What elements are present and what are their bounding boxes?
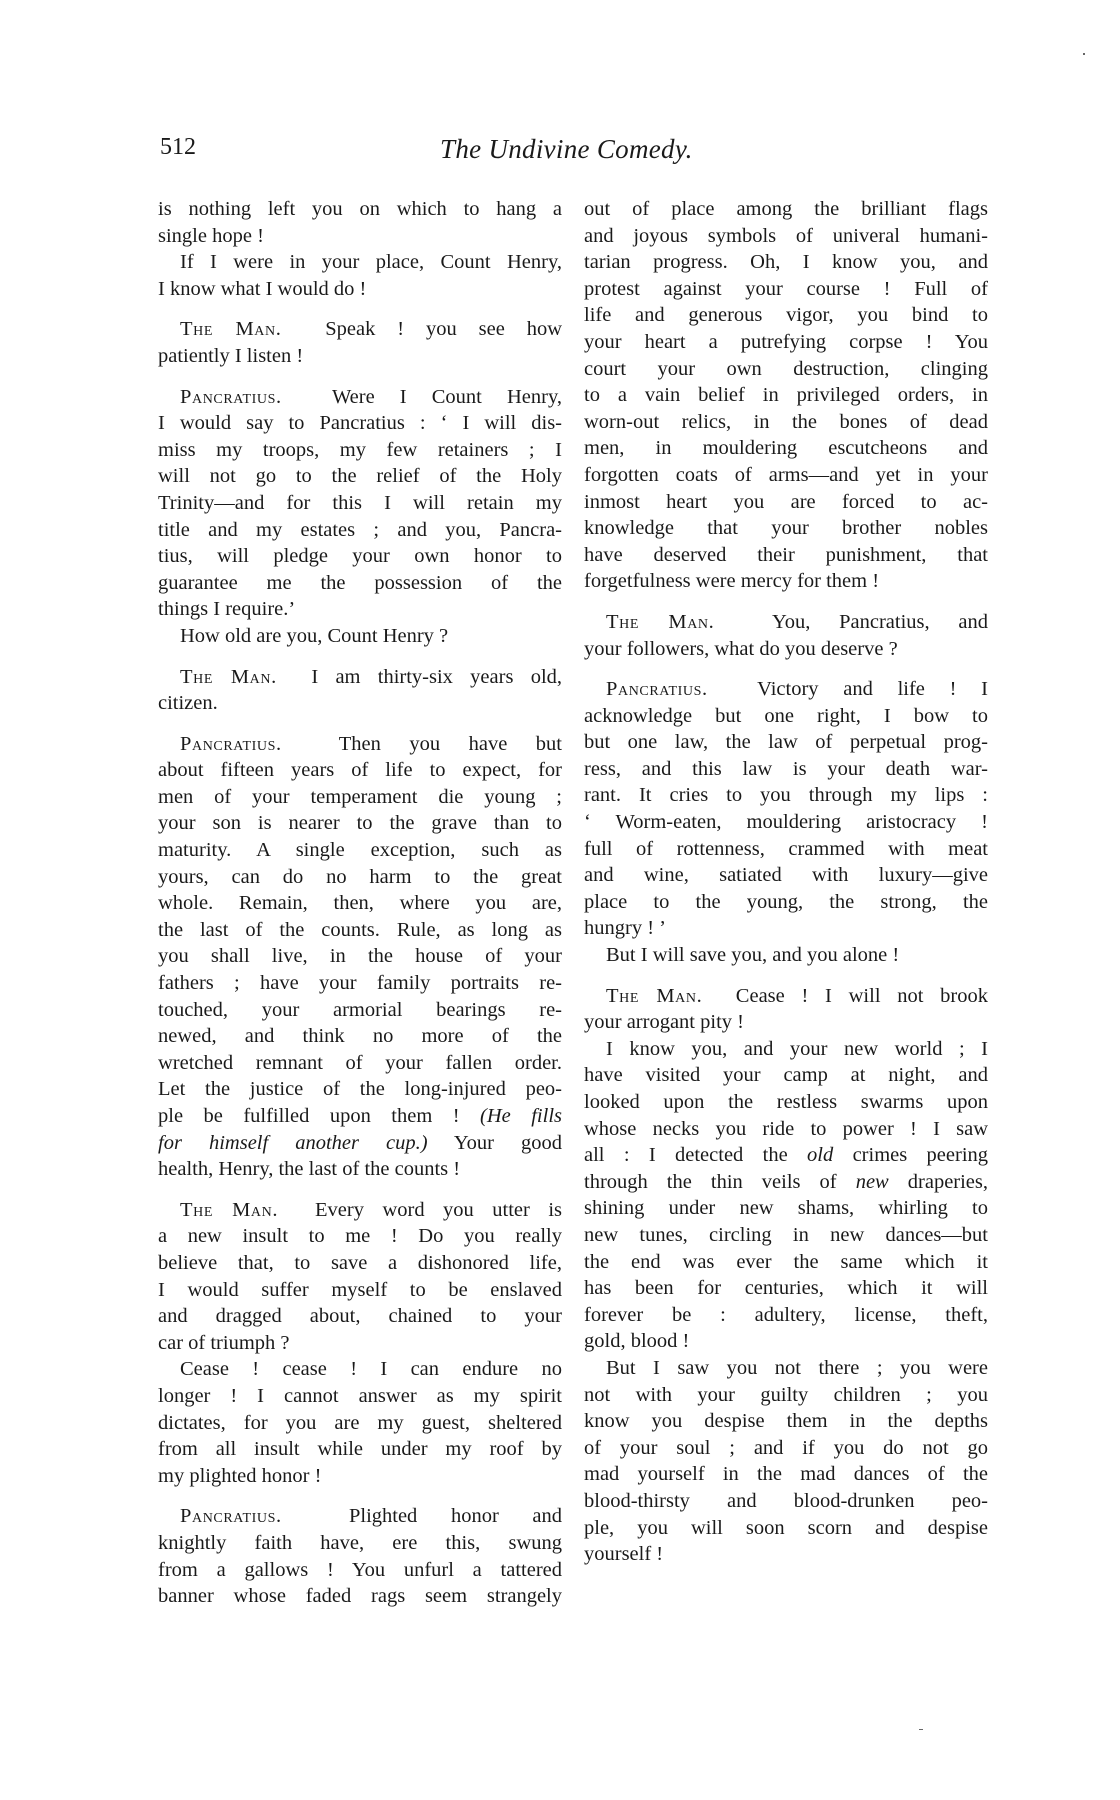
- paragraph: I know you, and your new world ; Ihave v…: [584, 1036, 988, 1355]
- line-text: fathers ; have your family portraits re-: [158, 972, 562, 994]
- line-text: full of rottenness, crammed with meat: [584, 838, 988, 860]
- text-line: wretched remnant of your fallen order.: [158, 1050, 562, 1077]
- text-line: knightly faith have, ere this, swung: [158, 1530, 562, 1557]
- text-line: ple, you will soon scorn and despise: [584, 1515, 988, 1542]
- text-line: Let the justice of the long-injured peo-: [158, 1076, 562, 1103]
- line-text: Cease ! cease ! I can endure no: [180, 1358, 562, 1380]
- text-line: through the thin veils of new draperies,: [584, 1169, 988, 1196]
- text-line: believe that, to save a dishonored life,: [158, 1250, 562, 1277]
- speaker-name: Pancratius.: [606, 678, 708, 700]
- text-line: of your soul ; and if you do not go: [584, 1435, 988, 1462]
- line-text: and dragged about, chained to your: [158, 1305, 562, 1327]
- paragraph: If I were in your place, Count Henry,I k…: [158, 249, 562, 302]
- text-line: whose necks you ride to power ! I saw: [584, 1116, 988, 1143]
- line-text: mad yourself in the mad dances of the: [584, 1463, 988, 1485]
- speaker-name: Pancratius.: [180, 733, 282, 755]
- text-line: your son is nearer to the grave than to: [158, 810, 562, 837]
- text-line: fathers ; have your family portraits re-: [158, 970, 562, 997]
- text-line: longer ! I cannot answer as my spirit: [158, 1383, 562, 1410]
- text-line: you shall live, in the house of your: [158, 943, 562, 970]
- line-text: looked upon the restless swarms upon: [584, 1091, 988, 1113]
- text-line: all : I detected the old crimes peering: [584, 1142, 988, 1169]
- paragraph: Pancratius. Were I Count Henry,I would s…: [158, 384, 562, 623]
- line-text: inmost heart you are forced to ac-: [584, 491, 988, 513]
- paragraph: How old are you, Count Henry ?: [158, 623, 562, 650]
- line-text: Plighted honor and: [349, 1505, 562, 1527]
- text-line: for himself another cup.) Your good: [158, 1130, 562, 1157]
- line-text: have visited your camp at night, and: [584, 1064, 988, 1086]
- text-line: touched, your armorial bearings re-: [158, 997, 562, 1024]
- line-text: longer ! I cannot answer as my spirit: [158, 1385, 562, 1407]
- text-line: title and my estates ; and you, Pancra-: [158, 517, 562, 544]
- text-line: a new insult to me ! Do you really: [158, 1223, 562, 1250]
- text-line: dictates, for you are my guest, sheltere…: [158, 1410, 562, 1437]
- line-text: I would say to Pancratius : ‘ I will dis…: [158, 412, 562, 434]
- text-line: looked upon the restless swarms upon: [584, 1089, 988, 1116]
- line-text: I know you, and your new world ; I: [606, 1038, 988, 1060]
- line-text: draperies,: [908, 1171, 988, 1193]
- line-text: place to the young, the strong, the: [584, 891, 988, 913]
- line-text: knightly faith have, ere this, swung: [158, 1532, 562, 1554]
- line-text: Let the justice of the long-injured peo-: [158, 1078, 562, 1100]
- line-text: patiently I listen !: [158, 345, 303, 367]
- line-text: newed, and think no more of the: [158, 1025, 562, 1047]
- line-text: is nothing left you on which to hang a: [158, 198, 562, 220]
- line-text: forever be : adultery, license, theft,: [584, 1304, 988, 1326]
- text-line: forever be : adultery, license, theft,: [584, 1302, 988, 1329]
- text-line: and joyous symbols of univeral humani-: [584, 223, 988, 250]
- line-text: Your good: [454, 1132, 562, 1154]
- line-text: wretched remnant of your fallen order.: [158, 1052, 562, 1074]
- text-line: have visited your camp at night, and: [584, 1062, 988, 1089]
- line-text: have deserved their punishment, that: [584, 544, 988, 566]
- text-line: banner whose faded rags seem strangely: [158, 1583, 562, 1610]
- text-line: and dragged about, chained to your: [158, 1303, 562, 1330]
- paragraph: The Man. I am thirty-six years old,citiz…: [158, 664, 562, 717]
- text-line: rant. It cries to you through my lips :: [584, 782, 988, 809]
- line-text: men, in mouldering escutcheons and: [584, 437, 988, 459]
- text-line: ress, and this law is your death war-: [584, 756, 988, 783]
- text-line: Pancratius. Plighted honor and: [158, 1503, 562, 1530]
- line-text: tius, will pledge your own honor to: [158, 545, 562, 567]
- text-line: is nothing left you on which to hang a: [158, 196, 562, 223]
- text-line: your followers, what do you deserve ?: [584, 636, 988, 663]
- line-text: I would suffer myself to be enslaved: [158, 1279, 562, 1301]
- left-column: is nothing left you on which to hang asi…: [158, 196, 562, 1610]
- text-line: But I will save you, and you alone !: [584, 942, 988, 969]
- line-text: Were I Count Henry,: [332, 386, 562, 408]
- line-text: rant. It cries to you through my lips :: [584, 784, 988, 806]
- paragraph: out of place among the brilliant flagsan…: [584, 196, 988, 595]
- line-text: acknowledge but one right, I bow to: [584, 705, 988, 727]
- line-text: your followers, what do you deserve ?: [584, 638, 898, 660]
- line-text: forgetfulness were mercy for them !: [584, 570, 879, 592]
- text-line: out of place among the brilliant flags: [584, 196, 988, 223]
- line-text: forgotten coats of arms—and yet in your: [584, 464, 988, 486]
- stage-direction: (He fills: [480, 1105, 562, 1127]
- line-text: ress, and this law is your death war-: [584, 758, 988, 780]
- line-text: know you despise them in the depths: [584, 1410, 988, 1432]
- text-line: health, Henry, the last of the counts !: [158, 1156, 562, 1183]
- line-text: Cease ! I will not brook: [736, 985, 988, 1007]
- line-text: Trinity—and for this I will retain my: [158, 492, 562, 514]
- text-line: The Man. Every word you utter is: [158, 1197, 562, 1224]
- text-line: life and generous vigor, you bind to: [584, 302, 988, 329]
- page-header: 512 The Undivine Comedy.: [160, 134, 988, 168]
- scan-speck: [919, 1729, 923, 1730]
- line-text: yourself !: [584, 1543, 663, 1565]
- line-text: I am thirty-six years old,: [311, 666, 562, 688]
- line-text: and joyous symbols of univeral humani-: [584, 225, 988, 247]
- text-line: from a gallows ! You unfurl a tattered: [158, 1557, 562, 1584]
- text-line: about fifteen years of life to expect, f…: [158, 757, 562, 784]
- text-line: Pancratius. Victory and life ! I: [584, 676, 988, 703]
- paragraph: Pancratius. Then you have butabout fifte…: [158, 731, 562, 1183]
- text-line: Pancratius. Then you have but: [158, 731, 562, 758]
- text-line: your arrogant pity !: [584, 1009, 988, 1036]
- paragraph: is nothing left you on which to hang asi…: [158, 196, 562, 249]
- text-line: forgotten coats of arms—and yet in your: [584, 462, 988, 489]
- line-text: my plighted honor !: [158, 1465, 321, 1487]
- line-text: But I will save you, and you alone !: [606, 944, 899, 966]
- text-line: and wine, satiated with luxury—give: [584, 862, 988, 889]
- speaker-name: The Man.: [606, 985, 702, 1007]
- text-line: I know you, and your new world ; I: [584, 1036, 988, 1063]
- line-text: ple, you will soon scorn and despise: [584, 1517, 988, 1539]
- line-text: How old are you, Count Henry ?: [180, 625, 448, 647]
- text-line: Cease ! cease ! I can endure no: [158, 1356, 562, 1383]
- text-line: yours, can do no harm to the great: [158, 864, 562, 891]
- line-text: Every word you utter is: [315, 1199, 562, 1221]
- scan-speck: [1083, 53, 1085, 55]
- text-line: Trinity—and for this I will retain my: [158, 490, 562, 517]
- speaker-name: Pancratius.: [180, 386, 282, 408]
- text-line: full of rottenness, crammed with meat: [584, 836, 988, 863]
- line-text: maturity. A single exception, such as: [158, 839, 562, 861]
- line-text: worn-out relics, in the bones of dead: [584, 411, 988, 433]
- text-line: I know what I would do !: [158, 276, 562, 303]
- line-text: car of triumph ?: [158, 1332, 290, 1354]
- line-text: miss my troops, my few retainers ; I: [158, 439, 562, 461]
- text-line: not with your guilty children ; you: [584, 1382, 988, 1409]
- line-text: life and generous vigor, you bind to: [584, 304, 988, 326]
- line-text: banner whose faded rags seem strangely: [158, 1585, 562, 1607]
- text-line: your heart a putrefying corpse ! You: [584, 329, 988, 356]
- paragraph: Cease ! cease ! I can endure nolonger ! …: [158, 1356, 562, 1489]
- speaker-name: The Man.: [180, 1199, 278, 1221]
- line-text: you shall live, in the house of your: [158, 945, 562, 967]
- text-line: knowledge that your brother nobles: [584, 515, 988, 542]
- line-text: all : I detected the: [584, 1144, 788, 1166]
- text-line: newed, and think no more of the: [158, 1023, 562, 1050]
- text-line: The Man. Speak ! you see how: [158, 316, 562, 343]
- text-line: Pancratius. Were I Count Henry,: [158, 384, 562, 411]
- line-text: But I saw you not there ; you were: [606, 1357, 988, 1379]
- text-line: citizen.: [158, 690, 562, 717]
- line-text: hungry ! ’: [584, 917, 666, 939]
- text-line: gold, blood !: [584, 1328, 988, 1355]
- emphasis: old: [807, 1144, 833, 1166]
- line-text: whose necks you ride to power ! I saw: [584, 1118, 988, 1140]
- line-text: but one law, the law of perpetual prog-: [584, 731, 988, 753]
- text-line: car of triumph ?: [158, 1330, 562, 1357]
- text-line: tarian progress. Oh, I know you, and: [584, 249, 988, 276]
- text-line: but one law, the law of perpetual prog-: [584, 729, 988, 756]
- text-line: men of your temperament die young ;: [158, 784, 562, 811]
- paragraph: Pancratius. Plighted honor andknightly f…: [158, 1503, 562, 1609]
- text-line: will not go to the relief of the Holy: [158, 463, 562, 490]
- text-line: I would say to Pancratius : ‘ I will dis…: [158, 410, 562, 437]
- text-line: my plighted honor !: [158, 1463, 562, 1490]
- text-line: court your own destruction, clinging: [584, 356, 988, 383]
- line-text: new tunes, circling in new dances—but: [584, 1224, 988, 1246]
- line-text: dictates, for you are my guest, sheltere…: [158, 1412, 562, 1434]
- text-line: ple be fulfilled upon them ! (He fills: [158, 1103, 562, 1130]
- text-line: How old are you, Count Henry ?: [158, 623, 562, 650]
- book-page: 512 The Undivine Comedy. is nothing left…: [0, 0, 1120, 1800]
- line-text: not with your guilty children ; you: [584, 1384, 988, 1406]
- line-text: Speak ! you see how: [325, 318, 562, 340]
- line-text: crimes peering: [853, 1144, 988, 1166]
- line-text: from a gallows ! You unfurl a tattered: [158, 1559, 562, 1581]
- line-text: through the thin veils of: [584, 1171, 837, 1193]
- text-line: things I require.’: [158, 596, 562, 623]
- text-line: ‘ Worm-eaten, mouldering aristocracy !: [584, 809, 988, 836]
- text-line: new tunes, circling in new dances—but: [584, 1222, 988, 1249]
- text-line: shining under new shams, whirling to: [584, 1195, 988, 1222]
- text-line: know you despise them in the depths: [584, 1408, 988, 1435]
- line-text: a new insult to me ! Do you really: [158, 1225, 562, 1247]
- text-line: The Man. Cease ! I will not brook: [584, 983, 988, 1010]
- line-text: will not go to the relief of the Holy: [158, 465, 562, 487]
- text-line: yourself !: [584, 1541, 988, 1568]
- text-line: has been for centuries, which it will: [584, 1275, 988, 1302]
- line-text: has been for centuries, which it will: [584, 1277, 988, 1299]
- line-text: and wine, satiated with luxury—give: [584, 864, 988, 886]
- text-line: maturity. A single exception, such as: [158, 837, 562, 864]
- text-line: patiently I listen !: [158, 343, 562, 370]
- speaker-name: The Man.: [606, 611, 714, 633]
- right-column: out of place among the brilliant flagsan…: [584, 196, 988, 1568]
- line-text: men of your temperament die young ;: [158, 786, 562, 808]
- speaker-name: Pancratius.: [180, 1505, 282, 1527]
- line-text: gold, blood !: [584, 1330, 689, 1352]
- line-text: health, Henry, the last of the counts !: [158, 1158, 460, 1180]
- text-line: single hope !: [158, 223, 562, 250]
- line-text: Victory and life ! I: [757, 678, 988, 700]
- line-text: guarantee me the possession of the: [158, 572, 562, 594]
- line-text: tarian progress. Oh, I know you, and: [584, 251, 988, 273]
- line-text: Then you have but: [339, 733, 562, 755]
- stage-direction: for himself another cup.): [158, 1132, 428, 1154]
- text-line: have deserved their punishment, that: [584, 542, 988, 569]
- line-text: knowledge that your brother nobles: [584, 517, 988, 539]
- paragraph: The Man. Speak ! you see howpatiently I …: [158, 316, 562, 369]
- page-number: 512: [160, 134, 196, 161]
- paragraph: The Man. Cease ! I will not brookyour ar…: [584, 983, 988, 1036]
- text-line: protest against your course ! Full of: [584, 276, 988, 303]
- line-text: your arrogant pity !: [584, 1011, 744, 1033]
- text-line: The Man. I am thirty-six years old,: [158, 664, 562, 691]
- line-text: things I require.’: [158, 598, 295, 620]
- text-line: the last of the counts. Rule, as long as: [158, 917, 562, 944]
- running-title: The Undivine Comedy.: [440, 134, 693, 165]
- line-text: your heart a putrefying corpse ! You: [584, 331, 988, 353]
- text-line: But I saw you not there ; you were: [584, 1355, 988, 1382]
- text-line: whole. Remain, then, where you are,: [158, 890, 562, 917]
- text-line: mad yourself in the mad dances of the: [584, 1461, 988, 1488]
- line-text: the last of the counts. Rule, as long as: [158, 919, 562, 941]
- line-text: If I were in your place, Count Henry,: [180, 251, 562, 273]
- line-text: single hope !: [158, 225, 264, 247]
- line-text: out of place among the brilliant flags: [584, 198, 988, 220]
- text-line: tius, will pledge your own honor to: [158, 543, 562, 570]
- paragraph: Pancratius. Victory and life ! Iacknowle…: [584, 676, 988, 942]
- text-line: from all insult while under my roof by: [158, 1436, 562, 1463]
- text-line: blood-thirsty and blood-drunken peo-: [584, 1488, 988, 1515]
- text-line: guarantee me the possession of the: [158, 570, 562, 597]
- text-line: I would suffer myself to be enslaved: [158, 1277, 562, 1304]
- line-text: from all insult while under my roof by: [158, 1438, 562, 1460]
- line-text: shining under new shams, whirling to: [584, 1197, 988, 1219]
- paragraph: But I will save you, and you alone !: [584, 942, 988, 969]
- line-text: citizen.: [158, 692, 218, 714]
- line-text: the end was ever the same which it: [584, 1251, 988, 1273]
- text-line: men, in mouldering escutcheons and: [584, 435, 988, 462]
- emphasis: new: [856, 1171, 889, 1193]
- paragraph: But I saw you not there ; you werenot wi…: [584, 1355, 988, 1568]
- line-text: of your soul ; and if you do not go: [584, 1437, 988, 1459]
- line-text: You, Pancratius, and: [772, 611, 988, 633]
- speaker-name: The Man.: [180, 666, 277, 688]
- line-text: ple be fulfilled upon them !: [158, 1105, 460, 1127]
- line-text: whole. Remain, then, where you are,: [158, 892, 562, 914]
- text-line: forgetfulness were mercy for them !: [584, 568, 988, 595]
- speaker-name: The Man.: [180, 318, 281, 340]
- text-line: The Man. You, Pancratius, and: [584, 609, 988, 636]
- text-line: If I were in your place, Count Henry,: [158, 249, 562, 276]
- line-text: I know what I would do !: [158, 278, 366, 300]
- text-line: hungry ! ’: [584, 915, 988, 942]
- line-text: title and my estates ; and you, Pancra-: [158, 519, 562, 541]
- text-line: inmost heart you are forced to ac-: [584, 489, 988, 516]
- text-line: acknowledge but one right, I bow to: [584, 703, 988, 730]
- line-text: touched, your armorial bearings re-: [158, 999, 562, 1021]
- line-text: blood-thirsty and blood-drunken peo-: [584, 1490, 988, 1512]
- text-line: worn-out relics, in the bones of dead: [584, 409, 988, 436]
- text-line: place to the young, the strong, the: [584, 889, 988, 916]
- line-text: ‘ Worm-eaten, mouldering aristocracy !: [584, 811, 988, 833]
- text-line: to a vain belief in privileged orders, i…: [584, 382, 988, 409]
- line-text: to a vain belief in privileged orders, i…: [584, 384, 988, 406]
- line-text: believe that, to save a dishonored life,: [158, 1252, 562, 1274]
- line-text: court your own destruction, clinging: [584, 358, 988, 380]
- line-text: yours, can do no harm to the great: [158, 866, 562, 888]
- text-line: the end was ever the same which it: [584, 1249, 988, 1276]
- text-line: miss my troops, my few retainers ; I: [158, 437, 562, 464]
- line-text: your son is nearer to the grave than to: [158, 812, 562, 834]
- paragraph: The Man. You, Pancratius, andyour follow…: [584, 609, 988, 662]
- line-text: about fifteen years of life to expect, f…: [158, 759, 562, 781]
- paragraph: The Man. Every word you utter isa new in…: [158, 1197, 562, 1357]
- line-text: protest against your course ! Full of: [584, 278, 988, 300]
